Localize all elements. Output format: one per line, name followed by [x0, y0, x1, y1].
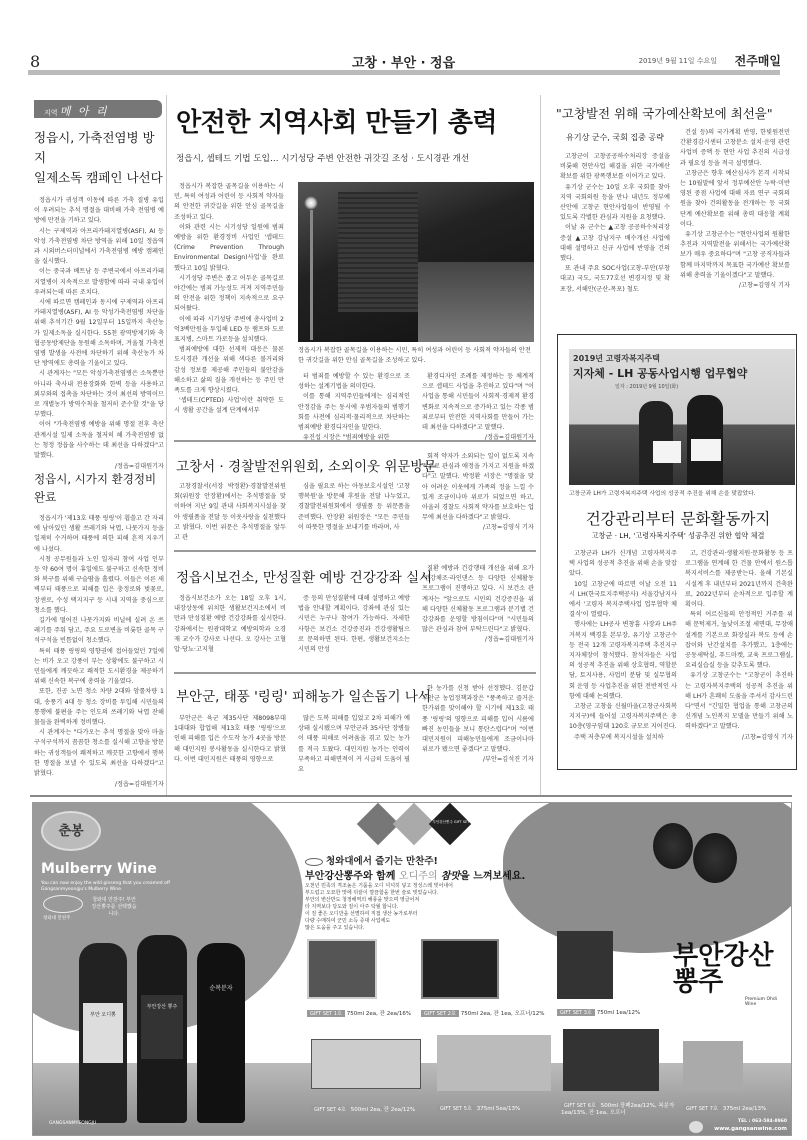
gift-set-5-image: [437, 1035, 551, 1091]
gift-label: GIFT SET 3호: [557, 1009, 595, 1016]
paragraph: 환경디자인 조례를 제정하는 등 체계적으로 셉테드 사업을 추진하고 있다"며…: [422, 372, 534, 433]
gift-desc: 750ml 2ea, 잔 1ea, 오프너/12%: [461, 1011, 545, 1017]
paragraph: 시 관계자는 "모든 악성가축전염병은 소독뿐만 아니라 축사내 전용장화와 한…: [34, 369, 164, 420]
copy-line: 다량 수매하여 군민 소득 증대 사업에도: [305, 918, 535, 925]
gift-set-1-image: [307, 939, 377, 999]
headline: 정읍시, 시가지 환경정비 완료: [34, 470, 164, 506]
product-name-en: Mulberry Wine: [41, 861, 157, 877]
police-col1: 고창경찰서(서장 박정환)·경찰발전위원회(위원장 안장환)에서는 추석명절을 …: [174, 482, 286, 543]
gift-set-6-image: [563, 1029, 659, 1091]
paragraph: 정읍시보건소가 오는 18일 오후 1시, 내장상동에 위치한 생활보건지소에서…: [174, 594, 286, 655]
agreement-document: [691, 439, 721, 461]
paragraph: 고, 건강관리·생활지원·문화활동 등 프로그램을 연계해 한 건물 안에서 원…: [685, 549, 793, 610]
bottle-label: 부안 오디뽕: [83, 1003, 123, 1063]
paragraph: 주택 저층부에 복지시설을 설치하: [569, 733, 677, 743]
typhoon-col3: 한 농가를 신청 받아 선정했다. 김문갑 부안군 농업정책과장은 "풍족하고 …: [422, 684, 534, 766]
paragraph: 부안군은 육군 제35사단 제8098부대 1대대와 합업해 제13호 태풍 '…: [174, 714, 286, 765]
byline: /고창=김영식 기자: [422, 523, 534, 533]
ad-separator-rule: [30, 795, 792, 797]
copy-line: 부드럽고 오묘한 맛에 뒤끝이 깔끔함을 한번 술로 빚었습니다.: [305, 890, 535, 897]
paragraph: 고창군과 LH가 신개념 고령자복지주택 사업의 성공적 추진을 위해 손을 맞…: [569, 549, 677, 580]
paragraph: 이어 "가축전염병 예방을 위해 명절 전후 축산 관계시설 일제 소독을 철저…: [34, 420, 164, 461]
copy-line: 부안의 변산반도 청정해역의 해풍을 맞으며 영글어져: [305, 897, 535, 904]
paragraph: 이와 관련 시는 시기성당 일원에 범죄예방을 위한 환경정비 사업인 '셉테드…: [174, 223, 284, 274]
diamond-badge-text: 부안강산뽕주 GIFT SET: [431, 820, 471, 825]
gift-label: GIFT SET 5호: [437, 1105, 475, 1112]
ad-copy: 오천년 민족의 격조높은 기품을 오디 넉넉히 넣고 정성스레 빚어내어 부드럽…: [305, 883, 535, 932]
health-col1: 정읍시보건소가 오는 18일 오후 1시, 내장상동에 위치한 생활보건지소에서…: [174, 594, 286, 655]
gift-set-4: GIFT SET 4호500ml 2ea, 잔 2ea/12%: [311, 1105, 415, 1113]
gift-label: GIFT SET 1호: [307, 1010, 345, 1017]
byline: /고창=김영식 기자: [685, 733, 793, 743]
gift-set-2: GIFT SET 2호750ml 2ea, 잔 1ea, 오프너/12%: [421, 1009, 545, 1017]
headline-line2: 일제소독 캠페인 나선다: [34, 168, 164, 188]
headline2-suffix: 을 느껴보세요.: [460, 871, 525, 882]
paragraph: 유기상 고창군수는 "고창군이 추진하는 고령자복지주택의 성공적 추진을 위해…: [685, 671, 793, 732]
copy-line: 많은 도움을 주고 있습니다.: [305, 925, 535, 932]
paragraph: 정읍시가 귀성객 이동에 따른 가축 질병 유입이 우려되는 추석 명절을 대비…: [34, 196, 164, 227]
gift-label: GIFT SET 2호: [421, 1010, 459, 1017]
paragraph: 증 등의 만성질환에 대해 설명하고 예방법을 안내할 계획이다. 강좌에 관심…: [298, 594, 410, 655]
company-logo-icon: [689, 1121, 703, 1133]
gift-set-2-image: [421, 939, 499, 999]
paragraph: 특히 어르신들의 안정적인 거주를 위해 문턱제거, 높낮이조절 세면대, 무장…: [685, 610, 793, 671]
maker-name: GANGSANMYEONGJU: [49, 1121, 96, 1126]
police-col2: 심을 필요로 하는 아동보호시설인 '고창행복원'을 방문해 후원을 전달 나누…: [298, 482, 410, 533]
mulberry-fruit: [653, 823, 693, 869]
paragraph: 시기성당 주변은 좁고 어두운 골목길로 야간에는 범죄 가능성도 커져 지역주…: [174, 274, 284, 315]
paragraph: 건설 등)의 국가계획 반영, 한빛원전민간환경감시센터 고창분소 설치·운영 …: [680, 128, 790, 169]
headline2-prefix: 부안강산뽕주와 함께: [305, 871, 399, 882]
bottle-label: 부안강산 뽕주: [141, 995, 183, 1059]
paragraph: 유기상 고창군수는 "현안사업의 원활한 추진과 지역발전을 위해서는 국가예산…: [680, 230, 790, 281]
headline2-accent: 오디주의: [399, 871, 441, 882]
paragraph: 고창군 고창읍 신월마을(고창군사회복지지구)에 들어설 고령자복지주택은 총 …: [569, 702, 677, 733]
brand-script: 부안강산 뽕주: [673, 943, 783, 995]
photo-caption: 정읍시가 복잡한 골목길을 이용하는 시민, 특히 여성과 어린이 등 사회적 …: [298, 346, 534, 366]
lh-col1: 고창군과 LH가 신개념 고령자복지주택 사업의 성공적 추진을 위해 손을 맞…: [569, 549, 677, 743]
budget-subhead: 유기상 군수, 국회 집중 공략: [560, 132, 670, 143]
road: [418, 262, 534, 342]
seal-caption: 청와대 만찬주: [43, 915, 71, 921]
byline: /정읍=김대원기자: [34, 461, 164, 470]
column-tag: 지역 메 아 리: [34, 100, 162, 118]
gift-set-3-image: [557, 931, 613, 999]
ad-headline-1: 청와대에서 즐기는 만찬주!: [305, 853, 438, 867]
ad-tel: TEL : 063-584-8960: [709, 1119, 787, 1124]
gift-set-1: GIFT SET 1호750ml 2ea, 잔 2ea/16%: [307, 1009, 411, 1017]
lh-headline: 건강관리부터 문화활동까지: [558, 507, 798, 529]
sidebar-article-1: 정읍시, 가축전염병 방지 일제소독 캠페인 나선다 정읍시가 귀성객 이동에 …: [34, 128, 164, 470]
copy-line: 이 질 좋은 오디만을 선별하여 직접 생산 농가로부터: [305, 911, 535, 918]
lead-headline: 안전한 지역사회 만들기 총력: [176, 102, 536, 139]
lead-col3: 환경디자인 조례를 제정하는 등 체계적으로 셉테드 사업을 추진하고 있다"며…: [422, 372, 534, 443]
paragraph: 10일 고창군에 따르면 이날 오전 11시 LH(한국토지주택공사) 서울강남…: [569, 580, 677, 621]
tag-prefix: 지역: [44, 109, 58, 117]
tag-title: 메 아 리: [60, 105, 109, 118]
lh-col2: 고, 건강관리·생활지원·문화활동 등 프로그램을 연계해 한 건물 안에서 원…: [685, 549, 793, 743]
lead-subhead: 정읍시, 셉테드 기법 도입… 시기성당 주변 안전한 귀갓길 조성 · 도시경…: [176, 152, 536, 164]
gift-label: GIFT SET 7호: [683, 1105, 721, 1112]
paragraph: 범죄예방에 대한 선제적 대응은 물론 도시경관 개선을 위해 색다른 볼거리와…: [174, 345, 284, 396]
gift-set-5: GIFT SET 5호375ml 5ea/13%: [437, 1105, 520, 1112]
gift-desc: 375ml 5ea/13%: [477, 1106, 520, 1112]
photo-caption: 고창군과 LH가 고령자복지주택 사업의 성공적 추진을 위해 손을 맞잡았다.: [569, 489, 795, 499]
article-body: 정읍시가 '제13호 태풍 링링'이 휩쓸고 간 자리에 남아있던 생활 쓰레기…: [34, 514, 164, 779]
gift-desc: 500ml 2ea, 잔 2ea/12%: [351, 1107, 415, 1113]
brand-sub: Premium Ohdi Wine: [745, 997, 785, 1007]
paragraph: 고창군이 고창공공하수처리장 증설을 비롯해 현안사업 해결을 위한 국가예산 …: [560, 152, 670, 183]
typhoon-col2: 많은 도복 피해를 입었고 2차 피해가 예상돼 실시됐으며 부안군과 35사단…: [298, 714, 410, 775]
gift-set-6: GIFT SET 6호500ml 장폐2ea/12%, 복분자1ea/13%, …: [561, 1103, 681, 1117]
copy-line: 타 지역보다 당도와 질이 아주 탁월 합니다.: [305, 904, 535, 911]
blue-house-icon: [305, 858, 323, 866]
gift-desc: 375ml 2ea/13%: [723, 1106, 766, 1112]
brick-wall: [338, 192, 418, 312]
paragraph: 특히 태풍 링링의 영향권에 접어들었던 7일에는 비가 오고 강풍이 부는 상…: [34, 647, 164, 688]
issue-date: 2019년 9월 11일 수요일: [639, 56, 717, 66]
headline1-text: 청와대에서 즐기는 만찬주!: [326, 856, 438, 867]
ad-headline-2: 부안강산뽕주와 함께 오디주의 참맛을 느껴보세요.: [305, 867, 525, 882]
paragraph: 정읍시가 복잡한 골목길을 이용하는 시민, 특히 여성과 어린이 등 사회적 …: [174, 182, 284, 223]
budget-headline: "고창발전 위해 국가예산확보에 최선을": [556, 104, 786, 122]
bottle-3: 순복분자: [197, 943, 245, 1123]
headline2-script: 참맛: [441, 871, 460, 882]
paragraph: 심을 필요로 하는 아동보호시설인 '고창행복원'을 방문해 후원을 전달 나누…: [298, 482, 410, 533]
paragraph: 행사에는 LH공사 변창흠 사장과 LH주거복지 백경훈 본부장, 유기상 고창…: [569, 620, 677, 702]
paragraph: 또한, 진공 노면 청소 차량 2대와 암롤차량 1대, 송풍기 4대 등 청소…: [34, 687, 164, 728]
mou-ceremony-photo: 2019년 고령자복지주택 지자체 - LH 공동사업시행 업무협약 일자 : …: [569, 349, 795, 485]
paragraph: 회적 약자가 소외되는 일이 없도록 지속적으로 관심과 애정을 가지고 지원을…: [422, 452, 534, 523]
sidebar-article-2: 정읍시, 시가지 환경정비 완료 정읍시가 '제13호 태풍 링링'이 휩쓸고 …: [34, 470, 164, 788]
gift-set-7-image: [683, 1041, 743, 1091]
byline: /정읍=김대원기자: [422, 635, 534, 645]
byline: /고창=김영식 기자: [680, 281, 790, 291]
street-lamp-icon: [304, 196, 318, 210]
chunbong-logo: 춘봉: [41, 811, 101, 851]
headline-line1: 정읍시, 가축전염병 방지: [34, 128, 164, 168]
paragraph: 터 범죄를 예방할 수 있는 환경으로 조성하는 설계기법을 의미한다.: [298, 372, 410, 392]
banner-line2: 지자체 - LH 공동사업시행 업무협약: [573, 365, 747, 381]
budget-col2: 건설 등)의 국가계획 반영, 한빛원전민간환경감시센터 고창분소 설치·운영 …: [680, 128, 790, 291]
typhoon-headline: 부안군, 태풍 '링링' 피해농가 일손돕기 나서: [176, 685, 416, 705]
mulberry-fruit: [693, 833, 737, 883]
paragraph: 이를 통해 지역주민들에게는 심리적인 안정감을 주는 동시에 우범자들의 범행…: [298, 392, 410, 433]
banner-line1: 2019년 고령자복지주택: [573, 353, 660, 364]
section-rule: [174, 550, 536, 552]
header-rule: [28, 70, 780, 75]
paragraph: 한 농가를 신청 받아 선정했다. 김문갑 부안군 농업정책과장은 "풍족하고 …: [422, 684, 534, 755]
ad-website[interactable]: www.gangsanwine.com: [709, 1126, 787, 1132]
column-divider: [540, 95, 541, 795]
paragraph: 질환 예방과 건강행태 개선을 위해 요가·건강체조·라인댄스 등 다양한 신체…: [422, 564, 534, 635]
paragraph: 시는 구제역과 아프리카돼지열병(ASF), AI 등 악성 가축전염병 차단 …: [34, 227, 164, 268]
paragraph: 정읍시가 '제13호 태풍 링링'이 휩쓸고 간 자리에 남아있던 생활 쓰레기…: [34, 514, 164, 555]
bottle-label: 순복분자: [201, 983, 241, 992]
blue-house-seal-icon: [43, 895, 83, 913]
lead-col2: 터 범죄를 예방할 수 있는 환경으로 조성하는 설계기법을 의미한다. 이를 …: [298, 372, 410, 443]
byline: /정읍=김대원기자: [34, 779, 164, 788]
gift-desc: 750ml 2ea, 잔 2ea/16%: [347, 1011, 411, 1017]
paragraph: 많은 도복 피해를 입었고 2차 피해가 예상돼 실시됐으며 부안군과 35사단…: [298, 714, 410, 775]
health-col3: 질환 예방과 건강행태 개선을 위해 요가·건강체조·라인댄스 등 다양한 신체…: [422, 564, 534, 646]
section-rule: [174, 672, 536, 674]
paragraph: 시 관계자는 "다가오는 추석 명절을 맞아 마을 구석구석까지 꼼꼼한 청소를…: [34, 728, 164, 779]
health-col2: 증 등의 만성질환에 대해 설명하고 예방법을 안내할 계획이다. 강좌에 관심…: [298, 594, 410, 655]
copy-line: 오천년 민족의 격조높은 기품을 오디 넉넉히 넣고 정성스레 빚어내어: [305, 883, 535, 890]
gift-set-3: GIFT SET 3호750ml 1ea/12%: [557, 1009, 640, 1016]
tagline-en: You can now enjoy the wild ginseng that …: [41, 881, 211, 893]
paragraph: 유기상 군수는 10일 오후 국회를 찾아 지역 국회의원 등을 만나 내년도 …: [560, 183, 670, 224]
paragraph: 시에 따르면 캠페인과 동시에 구제역과 아프리카돼지열병(ASF), AI 등…: [34, 298, 164, 369]
agreement-document: [653, 441, 681, 463]
mulberry-wine-advertisement: 춘봉 Mulberry Wine You can now enjoy the w…: [32, 802, 792, 1136]
paragraph: 또 관내 주요 SOC사업(고창-부안(부창대교) 국도, 국도77호선 변경지…: [560, 264, 670, 295]
lead-col1: 정읍시가 복잡한 골목길을 이용하는 시민, 특히 여성과 어린이 등 사회적 …: [174, 182, 284, 417]
seal-text: 청와대 만찬주! 부안강산뽕주를 선택했습니다.: [91, 897, 137, 918]
section-rule: [174, 440, 536, 442]
banner-date: 일자 : 2019년 9월 10일(화): [615, 383, 678, 390]
paragraph: '셉테드(CPTED) 사업'이란 취약한 도시 생활 공간을 설계 단계에서부: [174, 396, 284, 416]
lamp-post: [310, 210, 313, 340]
article-body: 정읍시가 귀성객 이동에 따른 가축 질병 유입이 우려되는 추석 명절을 대비…: [34, 196, 164, 461]
budget-col1: 고창군이 고창공공하수처리장 증설을 비롯해 현안사업 해결을 위한 국가예산 …: [560, 152, 670, 295]
lh-article-box: 2019년 고령자복지주택 지자체 - LH 공동사업시행 업무협약 일자 : …: [557, 334, 797, 770]
paragraph: 이는 중국과 베트남 등 주변국에서 아프리카돼지열병이 지속적으로 발생함에 …: [34, 267, 164, 298]
column-divider: [166, 95, 167, 795]
gift-label: GIFT SET 4호: [311, 1106, 349, 1113]
police-col3: 회적 약자가 소외되는 일이 없도록 지속적으로 관심과 애정을 가지고 지원을…: [422, 452, 534, 534]
paragraph: 고창군은 향후 예산심사가 본격 시작되는 10월말에 앞서 정부예산안 누락·…: [680, 169, 790, 230]
byline: /부안=김석진 기자: [422, 755, 534, 765]
bottle-2: 부안강산 뽕주: [137, 935, 187, 1123]
gift-set-7: GIFT SET 7호375ml 2ea/13%: [683, 1105, 766, 1112]
lh-subhead: 고창군 · LH, '고령자복지주택' 성공추진 위한 협약 체결: [558, 531, 798, 541]
typhoon-col1: 부안군은 육군 제35사단 제8098부대 1대대와 합업해 제13호 태풍 '…: [174, 714, 286, 765]
mulberry-photo: [503, 802, 792, 953]
gift-set-4-image: [311, 1039, 421, 1089]
paragraph: 길가에 떨어진 나뭇가지와 비닐에 실려 온 쓰레기를 주워 담고, 주요 도로…: [34, 616, 164, 647]
health-headline: 정읍시보건소, 만성질환 예방 건강강좌 실시: [176, 566, 416, 586]
newspaper-brand: 전주매일: [735, 52, 781, 69]
paragraph: 이에 따라 시기성당 주변에 총사업비 2억3백만원을 투입해 LED 등 램프…: [174, 315, 284, 346]
police-headline: 고창서 · 경찰발전위원회, 소외이웃 위문방문: [176, 455, 416, 475]
bottle-1: 부안 오디뽕: [79, 943, 127, 1123]
alley-night-photo: [298, 182, 534, 342]
paragraph: 시청 공무원들과 노인 일자리 참여 사업 인부 등 약 60여 명이 휴일에도…: [34, 555, 164, 616]
gift-desc: 750ml 1ea/12%: [597, 1010, 640, 1016]
gift-label: GIFT SET 6호: [561, 1103, 599, 1110]
paragraph: 이날 유 군수는 ▲고창 공공하수처리장 증설 ▲고창 강남지구 배수개선 사업…: [560, 223, 670, 264]
paragraph: 고창경찰서(서장 박정환)·경찰발전위원회(위원장 안장환)에서는 추석명절을 …: [174, 482, 286, 543]
